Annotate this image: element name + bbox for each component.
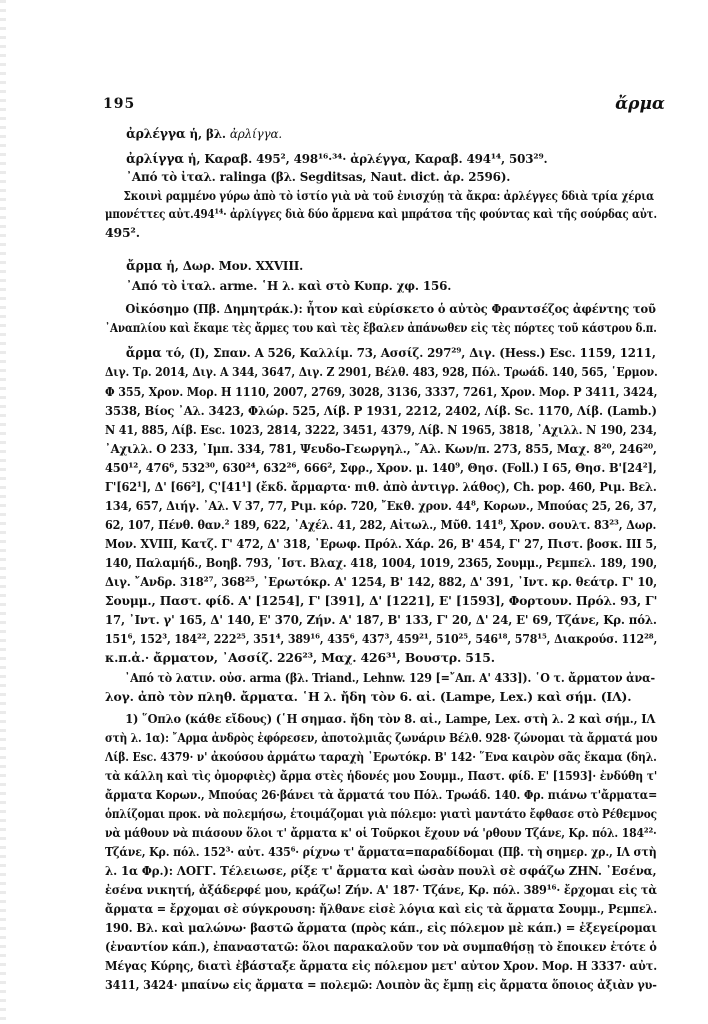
sense-1-line: 1) ῞Oπλο (κάθε εἴδους) (῾Η σημασ. ἤδη τὸ… [105, 709, 633, 729]
etymology-line: ᾿Από τὸ ἰταλ. ralinga (βλ. Segditsas, Na… [105, 167, 656, 187]
citation-line: 17, ᾿Ιντ. γ' 165, Δ' 140, E' 370, Ζήν. A… [105, 610, 627, 630]
citation-line: Διγ. Τρ. 2014, Διγ. A 344, 3647, Διγ. Z … [105, 362, 590, 382]
citation-line: 62, 107, Πένθ. θαν.² 189, 622, ᾿Αχέλ. 41… [105, 515, 602, 535]
headword: ἀρλίγγα [126, 152, 184, 167]
entry-arma-feminine: ἄρμα ἡ, Δωρ. Μον. XXVIII. [105, 256, 656, 277]
citation-line: 134, 657, Διήγ. ᾿Αλ. V 37, 77, Ριμ. κόρ.… [105, 496, 606, 516]
etymology-line: ᾿Από τὸ ἰταλ. arme. ῾Η λ. καὶ στὸ Κυπρ. … [105, 276, 656, 296]
sense-line: ὁπλίζομαι προκ. νὰ πολεμήσω, ἑτοιμάζομαι… [105, 804, 571, 824]
sense-line: ἄρματα = ἔρχομαι σὲ σύγκρουση: ἤλθανε εἰ… [105, 899, 602, 919]
citation-line: N 41, 885, Λίβ. Esc. 1023, 2814, 3222, 3… [105, 420, 601, 440]
definition-line: ᾿Αναπλίου καὶ ἔκαμε τὲς ἄρμες του καὶ τὲ… [105, 318, 565, 338]
citation-line: Φ 355, Χρον. Μορ. H 1110, 2007, 2769, 30… [105, 382, 601, 402]
citation-line: Γ'[62¹], Δ' [66²], Ϛ'[41¹] (ἔκδ. ἄρμαρτα… [105, 477, 610, 497]
citation-line: 151⁶, 152³, 184²², 222²⁵, 351⁴, 389¹⁶, 4… [105, 629, 596, 649]
citation-line: 3538, Βίος ᾿Αλ. 3423, Φλώρ. 525, Λίβ. P … [105, 401, 622, 421]
sense-line: στὴ λ. 1α): ῎Αρμα ἀνδρὸς ἐφόρεσεν, ἀποτο… [105, 728, 575, 748]
entry-text: ἡ, Καραβ. 495², 498¹⁶·³⁴· ἀρλέγγα, Καραβ… [188, 151, 548, 166]
entry-arlengka: ἀρλέγγα ἡ, βλ. ἀρλίγγα. [105, 124, 656, 145]
sense-line: Λίβ. Esc. 4379· ν' ἀκούσου ἀρμάτω ταραχὴ… [105, 747, 584, 767]
etymology-line: ᾿Από τὸ λατιν. οὐσ. arma (βλ. Triand., L… [105, 668, 618, 688]
sense-line: τὰ κάλλη καὶ τὶς ὀμορφιὲς) ἄρμα στὲς ἡδο… [105, 766, 590, 786]
headword: ἀρλέγγα [126, 127, 185, 142]
sense-line: ἄρματα Κορων., Μπούας 26·βάνει τὰ ἄρματά… [105, 785, 592, 805]
entry-text: τό, (I), Σπαν. A 526, Καλλίμ. 73, Ασσίζ.… [166, 345, 656, 360]
citation-line: Σουμμ., Παστ. φίδ. A' [1254], Γ' [391], … [105, 591, 649, 611]
sense-line: (ἐναντίον κάπ.), ἐπαναστατῶ: ὅλοι παρακα… [105, 937, 603, 957]
entry-text: ἡ, βλ. [189, 126, 229, 141]
citation-line: 450¹², 476⁶, 532³⁰, 630²⁴, 632²⁶, 666², … [105, 458, 613, 478]
sense-line: 190. Βλ. καὶ μαλώνω· βαστῶ ἄρματα (πρὸς … [105, 918, 618, 938]
scan-edge-artifact [0, 0, 6, 1024]
definition-line: Οἰκόσημο (Πβ. Δημητράκ.): ἦτον καὶ εὑρίσ… [105, 299, 636, 319]
sense-line: ἐσένα νικητή, ἀξάδερφέ μου, κράζω! Ζήν. … [105, 880, 607, 900]
sense-line: 3411, 3424· μπαίνω εἰς ἄρματα = πολεμῶ: … [105, 975, 603, 995]
headword: ἄρμα [126, 346, 162, 361]
headword: ἄρμα [126, 259, 162, 274]
page-number: 195 [103, 96, 135, 112]
cross-reference: ἀρλίγγα. [230, 126, 282, 141]
sense-line: Τζάνε, Κρ. πόλ. 152³· αὐτ. 435⁶· ρίχνω τ… [105, 842, 594, 862]
entry-text: ἡ, Δωρ. Μον. XXVIII. [166, 258, 303, 273]
citation-line: κ.π.ἀ.· ἄρματον, ᾿Ασσίζ. 226²³, Μαχ. 426… [105, 648, 657, 668]
sense-line: νὰ μάθουν νὰ πιάσουν ὅλοι τ' ἄρματα κ' ο… [105, 823, 586, 843]
citation-line: 140, Παλαμήδ., Βοηβ. 793, ῾Ιστ. Βλαχ. 41… [105, 553, 606, 573]
citation-line: Μον. XVIII, Κατζ. Γ' 472, Δ' 318, ᾿Ερωφ.… [105, 534, 613, 554]
entry-arma-neuter: ἄρμα τό, (I), Σπαν. A 526, Καλλίμ. 73, Α… [105, 343, 650, 364]
running-header: 195 ἄρμα [105, 96, 657, 116]
sense-line: λ. 1α Φρ.): ΛΟΓΓ. Τέλειωσε, ρίξε τ' ἄρμα… [105, 861, 627, 881]
sense-line: Μέγας Κύρης, διατὶ ἐβάσταξε ἄρματα εἰς π… [105, 956, 608, 976]
definition-line: 495². [105, 223, 657, 243]
definition-line: μπονέττες αὐτ.494¹⁴· ἀρλίγγες διὰ δύο ἄρ… [105, 204, 560, 224]
citation-line: Διγ. ῎Ανδρ. 318²⁷, 368²⁵, ᾿Ερωτόκρ. A' 1… [105, 572, 621, 592]
running-headword: ἄρμα [615, 94, 665, 114]
citation-line: ᾿Αχιλλ. O 233, ᾿Ιμπ. 334, 781, Ψευδο-Γεω… [105, 439, 622, 459]
etymology-line: λογ. ἀπὸ τὸν πληθ. ἄρματα. ῾Η λ. ἤδη τὸν… [105, 687, 657, 707]
definition-line: Σκοινὶ ραμμένο γύρω ἀπὸ τὸ ἱστίο γιὰ νὰ … [105, 186, 589, 206]
